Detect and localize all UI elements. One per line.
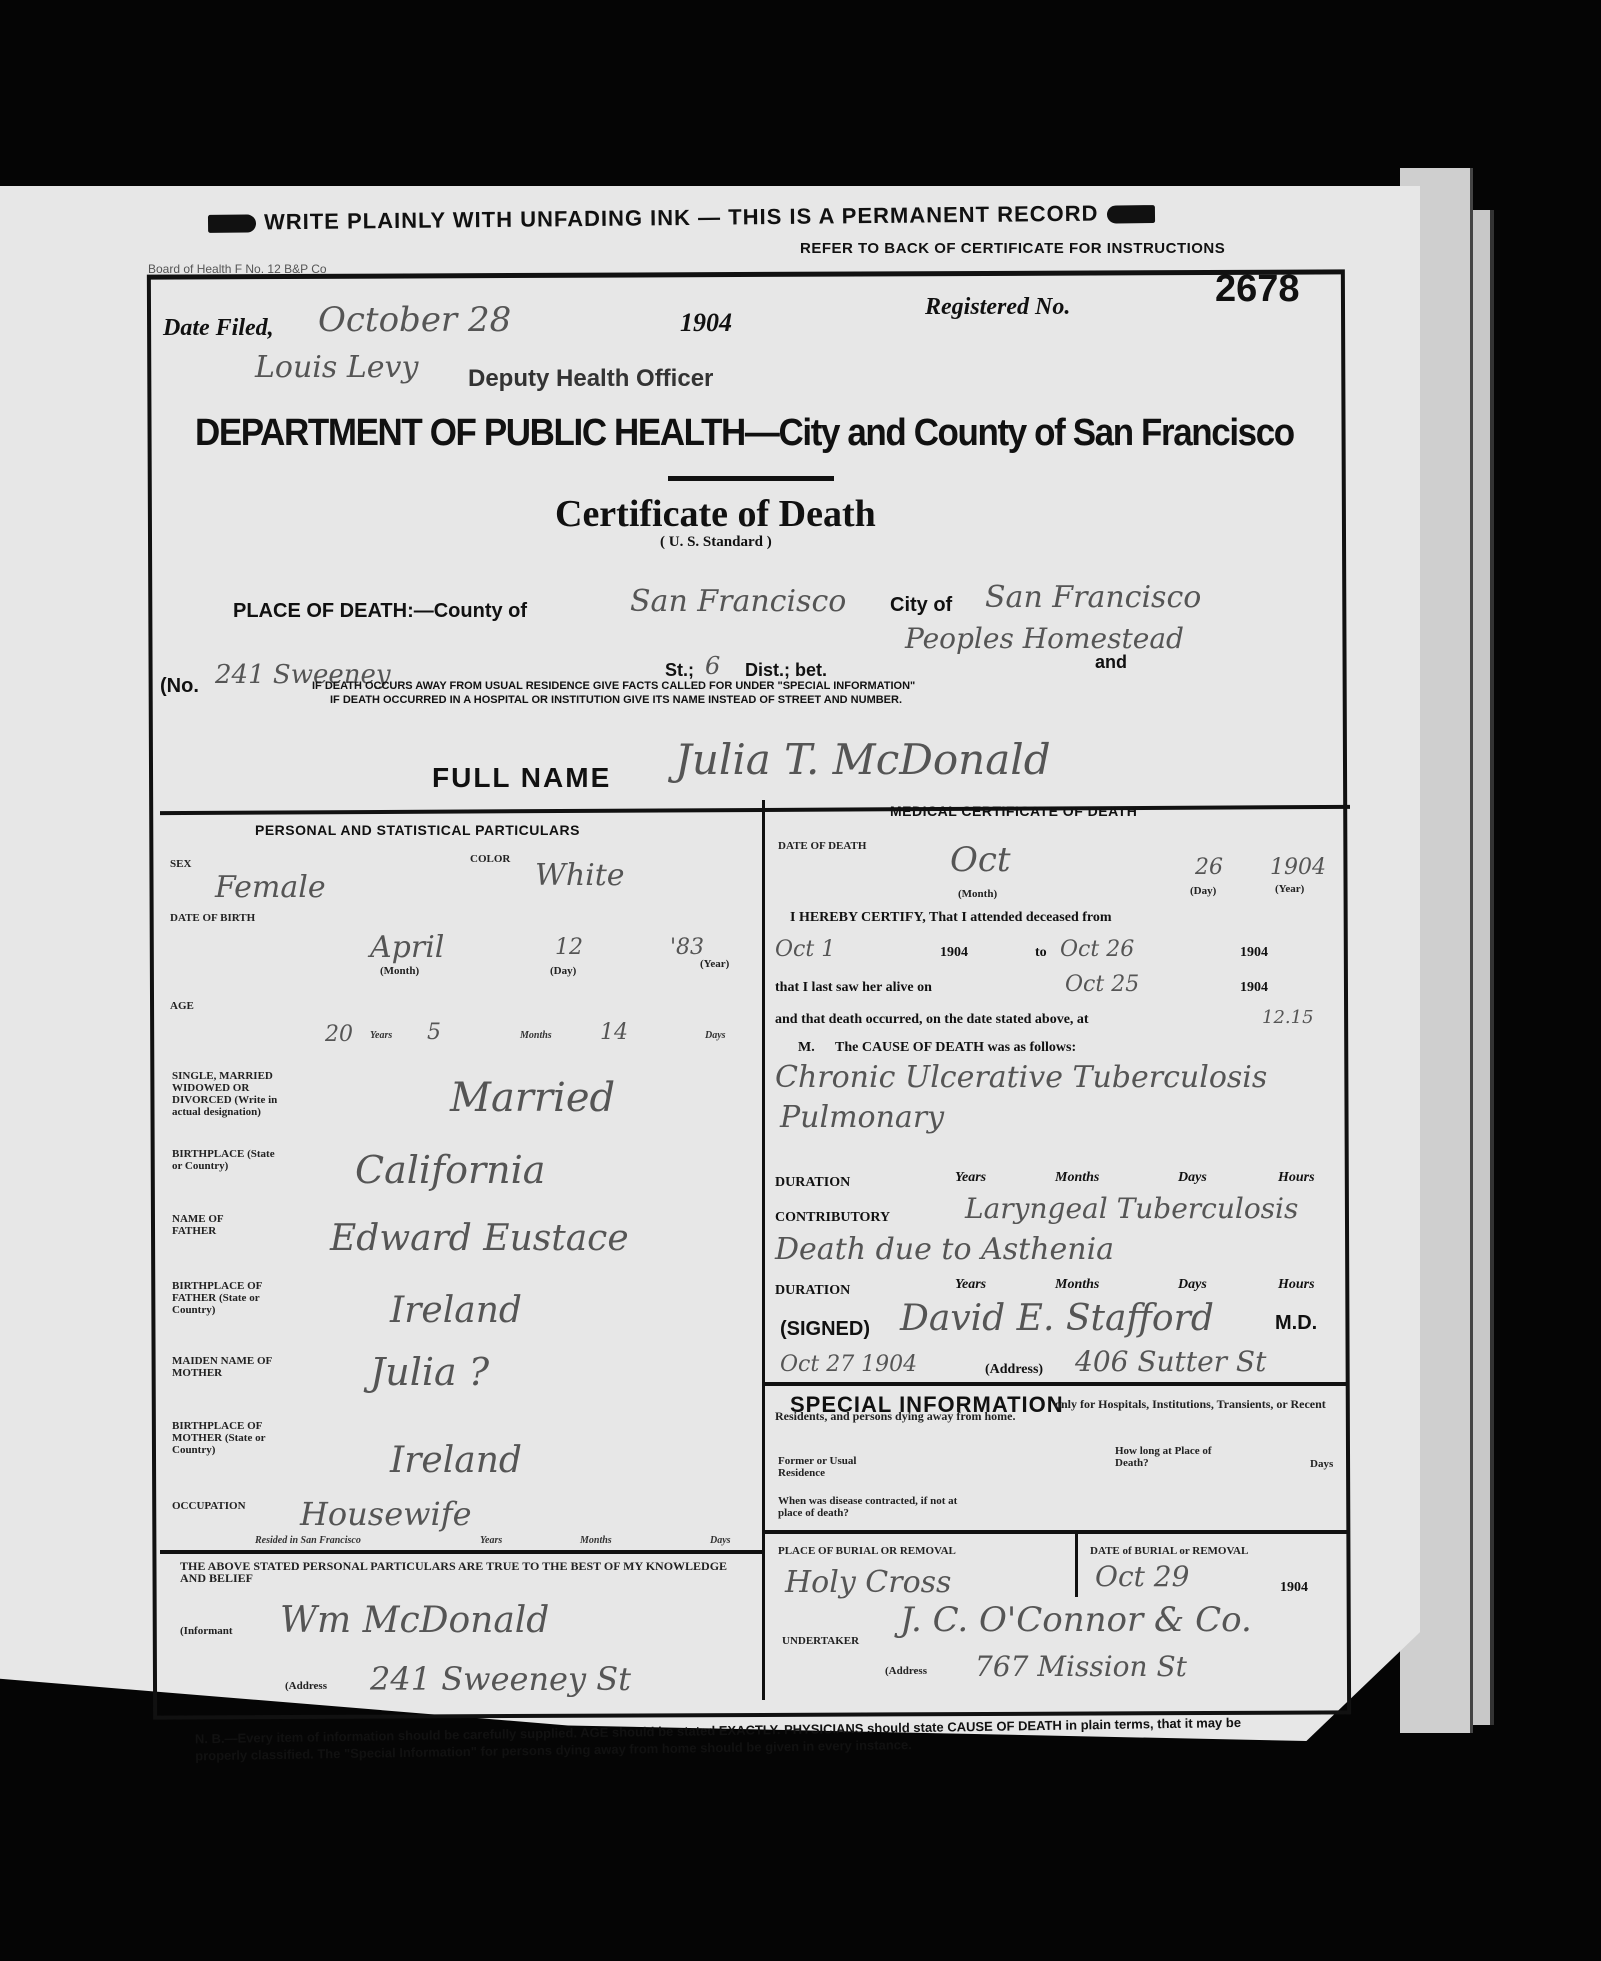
to-label: to xyxy=(1035,945,1047,961)
duration-years: Years xyxy=(955,1170,986,1186)
time-value: 12.15 xyxy=(1262,1007,1314,1028)
occurred-text: and that death occurred, on the date sta… xyxy=(775,1012,1089,1028)
attended-to: Oct 26 xyxy=(1060,937,1134,962)
date-filed-value: October 28 xyxy=(318,300,511,340)
last-saw-value: Oct 25 xyxy=(1065,972,1139,997)
father-label: NAME OF FATHER xyxy=(172,1213,252,1237)
dob-label: DATE OF BIRTH xyxy=(170,912,255,924)
informant-value: Wm McDonald xyxy=(280,1600,549,1641)
burial-date: Oct 29 xyxy=(1095,1560,1189,1593)
full-name-label: FULL NAME xyxy=(432,762,611,794)
age-days-label: Days xyxy=(705,1030,726,1041)
month-caption: (Month) xyxy=(380,965,419,977)
physician-signature: David E. Stafford xyxy=(900,1298,1214,1339)
duration-years-2: Years xyxy=(955,1277,986,1293)
time-suffix: M. xyxy=(798,1040,815,1056)
pointing-hand-icon xyxy=(208,215,256,234)
duration-label: DURATION xyxy=(775,1175,850,1191)
burial-column-divider xyxy=(1075,1532,1078,1597)
nb-footnote: N. B.—Every item of information should b… xyxy=(195,1714,1255,1765)
city-label: City of xyxy=(890,594,952,617)
age-months-label: Months xyxy=(520,1030,552,1041)
dod-year-caption: (Year) xyxy=(1275,883,1304,895)
father-value: Edward Eustace xyxy=(330,1218,629,1259)
duration-hours-2: Hours xyxy=(1278,1277,1315,1293)
age-years-label: Years xyxy=(370,1030,392,1041)
attended-from: Oct 1 xyxy=(775,937,835,962)
year-caption: (Year) xyxy=(700,958,729,970)
days-label: Days xyxy=(1310,1458,1333,1470)
officer-title: Deputy Health Officer xyxy=(468,365,713,393)
undertaker-address-label: (Address xyxy=(885,1665,927,1677)
attest-text: THE ABOVE STATED PERSONAL PARTICULARS AR… xyxy=(180,1560,750,1584)
sex-label: SEX xyxy=(170,858,191,870)
registered-label: Registered No. xyxy=(925,294,1070,321)
undertaker-label: UNDERTAKER xyxy=(782,1635,859,1647)
dob-month: April xyxy=(370,930,444,965)
street-no-label: (No. xyxy=(160,675,199,698)
burial-date-label: DATE of BURIAL or REMOVAL xyxy=(1090,1545,1248,1557)
special-divider xyxy=(765,1382,1348,1386)
physician-address-label: (Address) xyxy=(985,1362,1043,1378)
last-saw-year: 1904 xyxy=(1240,980,1268,996)
father-birthplace-value: Ireland xyxy=(390,1290,522,1331)
marital-value: Married xyxy=(450,1075,615,1121)
attended-to-year: 1904 xyxy=(1240,945,1268,961)
county-value: San Francisco xyxy=(630,584,846,619)
marital-label: SINGLE, MARRIED WIDOWED OR DIVORCED (Wri… xyxy=(172,1070,302,1118)
refer-note: REFER TO BACK OF CERTIFICATE FOR INSTRUC… xyxy=(800,240,1225,257)
attended-from-year: 1904 xyxy=(940,945,968,961)
day-caption: (Day) xyxy=(550,965,576,977)
contracted-label: When was disease contracted, if not at p… xyxy=(778,1495,958,1519)
informant-address: 241 Sweeney St xyxy=(370,1660,631,1698)
dod-day: 26 xyxy=(1195,855,1223,880)
dod-year: 1904 xyxy=(1270,855,1326,880)
date-filed-label: Date Filed, xyxy=(163,315,274,342)
cause-text: The CAUSE OF DEATH was as follows: xyxy=(835,1040,1076,1056)
undertaker-value: J. C. O'Connor & Co. xyxy=(900,1600,1252,1640)
mother-birthplace-value: Ireland xyxy=(390,1440,522,1481)
duration-months: Months xyxy=(1055,1170,1099,1186)
certificate-subtitle: ( U. S. Standard ) xyxy=(660,534,772,551)
date-filed-year: 1904 xyxy=(680,308,732,338)
institution-value: Peoples Homestead xyxy=(905,622,1184,655)
age-years: 20 xyxy=(325,1022,353,1047)
resided-years: Years xyxy=(480,1535,502,1546)
dod-month-caption: (Month) xyxy=(958,888,997,900)
mother-label: MAIDEN NAME OF MOTHER xyxy=(172,1355,282,1379)
full-name-value: Julia T. McDonald xyxy=(675,735,1051,784)
medical-heading: MEDICAL CERTIFICATE OF DEATH xyxy=(890,803,1137,819)
duration-hours: Hours xyxy=(1278,1170,1315,1186)
officer-signature: Louis Levy xyxy=(255,350,418,385)
informant-label: (Informant xyxy=(180,1625,233,1637)
burial-divider xyxy=(765,1530,1348,1534)
burial-year: 1904 xyxy=(1280,1580,1308,1596)
place-of-death-label: PLACE OF DEATH:—County of xyxy=(233,600,527,623)
duration-label-2: DURATION xyxy=(775,1283,850,1299)
residence-instruction: IF DEATH OCCURS AWAY FROM USUAL RESIDENC… xyxy=(312,680,915,692)
occupation-value: Housewife xyxy=(300,1495,472,1533)
contributory-line-1: Laryngeal Tuberculosis xyxy=(965,1192,1298,1225)
sex-value: Female xyxy=(215,870,326,905)
physician-address: 406 Sutter St xyxy=(1075,1345,1266,1378)
color-label: COLOR xyxy=(470,853,510,865)
duration-months-2: Months xyxy=(1055,1277,1099,1293)
column-divider xyxy=(762,800,765,1700)
father-birthplace-label: BIRTHPLACE OF FATHER (State or Country) xyxy=(172,1280,282,1316)
resided-days: Days xyxy=(710,1535,731,1546)
burial-place-label: PLACE OF BURIAL OR REMOVAL xyxy=(778,1545,956,1557)
mother-value: Julia ? xyxy=(370,1350,489,1394)
ward-value: 6 xyxy=(705,652,720,680)
and-label: and xyxy=(1095,652,1127,673)
contributory-label: CONTRIBUTORY xyxy=(775,1210,890,1226)
certify-text: I HEREBY CERTIFY, That I attended deceas… xyxy=(790,910,1112,926)
duration-days: Days xyxy=(1178,1170,1207,1186)
district-label: Dist.; bet. xyxy=(745,660,827,681)
department-title: DEPARTMENT OF PUBLIC HEALTH—City and Cou… xyxy=(195,412,1294,455)
age-months: 5 xyxy=(427,1020,441,1045)
registered-number: 2678 xyxy=(1215,268,1300,311)
contributory-line-2: Death due to Asthenia xyxy=(775,1232,1114,1267)
informant-divider xyxy=(160,1550,764,1554)
pointing-hand-icon xyxy=(1106,205,1154,224)
burial-place: Holy Cross xyxy=(785,1565,951,1600)
resided-months: Months xyxy=(580,1535,612,1546)
mother-birthplace-label: BIRTHPLACE OF MOTHER (State or Country) xyxy=(172,1420,282,1456)
occupation-label: OCCUPATION xyxy=(172,1500,246,1512)
resided-label: Resided in San Francisco xyxy=(255,1535,361,1546)
age-label: AGE xyxy=(170,1000,194,1012)
last-saw-text: that I last saw her alive on xyxy=(775,980,932,996)
street-label: St.; xyxy=(665,660,694,681)
md-label: M.D. xyxy=(1275,1312,1317,1335)
personal-heading: PERSONAL AND STATISTICAL PARTICULARS xyxy=(255,822,580,838)
dob-year: '83 xyxy=(670,935,704,960)
title-rule xyxy=(668,476,834,481)
color-value: White xyxy=(535,858,625,893)
signed-date: Oct 27 1904 xyxy=(780,1352,917,1377)
informant-address-label: (Address xyxy=(285,1680,327,1692)
certificate-title: Certificate of Death xyxy=(555,492,876,536)
cause-line-1: Chronic Ulcerative Tuberculosis xyxy=(775,1060,1267,1095)
dod-month: Oct xyxy=(950,840,1011,880)
cause-line-2: Pulmonary xyxy=(780,1100,944,1135)
birthplace-label: BIRTHPLACE (State or Country) xyxy=(172,1148,282,1172)
age-days: 14 xyxy=(600,1020,628,1045)
dod-day-caption: (Day) xyxy=(1190,885,1216,897)
hospital-instruction: IF DEATH OCCURRED IN A HOSPITAL OR INSTI… xyxy=(330,694,902,706)
how-long-label: How long at Place of Death? xyxy=(1115,1445,1235,1469)
special-note: only for Hospitals, Institutions, Transi… xyxy=(775,1398,1345,1422)
undertaker-address: 767 Mission St xyxy=(975,1650,1187,1683)
dod-label: DATE OF DEATH xyxy=(778,840,866,852)
signed-label: (SIGNED) xyxy=(780,1318,870,1341)
dob-day: 12 xyxy=(555,935,583,960)
birthplace-value: California xyxy=(355,1148,545,1192)
city-value: San Francisco xyxy=(985,580,1201,615)
former-residence-label: Former or Usual Residence xyxy=(778,1455,888,1479)
duration-days-2: Days xyxy=(1178,1277,1207,1293)
